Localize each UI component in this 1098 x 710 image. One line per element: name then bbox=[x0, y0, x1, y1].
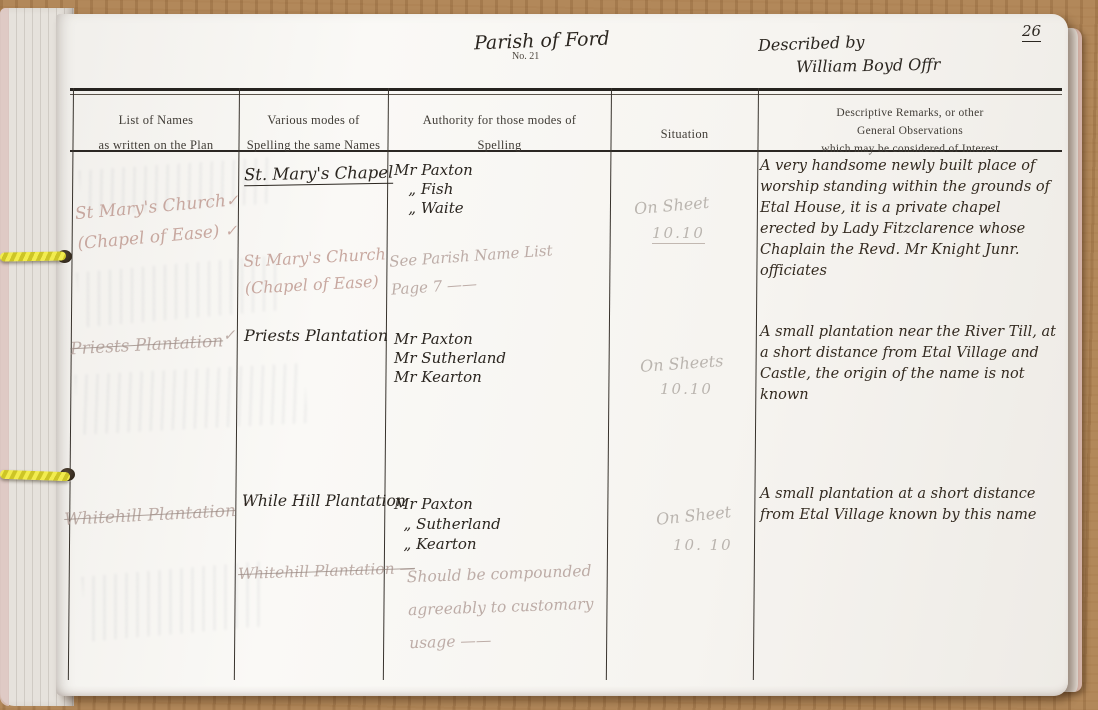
situation-label: On Sheet bbox=[655, 502, 732, 529]
spelling-ink-entry: While Hill Plantation bbox=[242, 492, 406, 510]
column-header-names: List of Names as written on the Plan bbox=[73, 108, 239, 158]
spelling-pencil-entry: St Mary's Church (Chapel of Ease) bbox=[243, 240, 388, 301]
authority-entry: Mr Paxton „ Fish „ Waite bbox=[394, 161, 473, 218]
situation-label: On Sheets bbox=[639, 351, 723, 376]
remarks-text: A small plantation at a short distance f… bbox=[760, 484, 1060, 526]
parish-title: Parish of Ford bbox=[474, 28, 610, 55]
authority-entry: Mr Paxton Mr Sutherland Mr Kearton bbox=[394, 330, 506, 387]
plan-name-entry: Whitehill Plantation ✓ bbox=[63, 493, 254, 530]
described-by-label: Described by bbox=[758, 32, 865, 55]
page-sheet: 26 Parish of Ford No. 21 Described by Wi… bbox=[56, 14, 1068, 696]
column-header-remarks: Descriptive Remarks, or other General Ob… bbox=[758, 104, 1062, 158]
spelling-ink-entry: St. Mary's Chapel bbox=[244, 163, 394, 187]
remarks-text: A small plantation near the River Till, … bbox=[760, 322, 1060, 406]
column-divider-4 bbox=[753, 88, 759, 680]
sheet-number: No. 21 bbox=[512, 51, 539, 62]
column-header-spelling: Various modes of Spelling the same Names bbox=[239, 108, 388, 158]
plan-name-line1: Whitehill Plantation bbox=[64, 501, 237, 530]
plan-name-line2: (Chapel of Ease) bbox=[77, 222, 221, 254]
check-mark: ✓ bbox=[225, 191, 239, 210]
plan-name-entry: St Mary's Church✓ (Chapel of Ease) ✓ bbox=[74, 185, 243, 259]
page-number: 26 bbox=[1022, 22, 1041, 42]
cover-edge bbox=[0, 8, 9, 706]
plan-name-entry: Priests Plantation✓ bbox=[69, 326, 236, 360]
spelling-ink-entry: Priests Plantation bbox=[244, 326, 388, 345]
table-top-rule-thin bbox=[70, 94, 1062, 95]
authority-entry: Mr Paxton „ Sutherland „ Kearton bbox=[394, 494, 501, 554]
spelling-pencil-entry: Whitehill Plantation — bbox=[238, 559, 416, 583]
authority-pencil-note: See Parish Name List Page 7 —— bbox=[388, 236, 555, 303]
situation-sheet-number: 10. 10 bbox=[673, 536, 733, 554]
table-top-rule bbox=[70, 88, 1062, 91]
describer-name: William Boyd Offr bbox=[796, 55, 941, 77]
column-header-authority: Authority for those modes of Spelling bbox=[388, 108, 611, 158]
situation-label: On Sheet bbox=[633, 193, 710, 218]
table-left-border bbox=[68, 88, 74, 680]
check-mark: ✓ bbox=[222, 326, 236, 345]
situation-sheet-number: 10.10 bbox=[652, 224, 705, 244]
bleed-through bbox=[75, 363, 308, 435]
authority-pencil-note: Should be compounded agreeably to custom… bbox=[406, 555, 595, 660]
binding-cord bbox=[0, 251, 66, 261]
plan-name-line1: Priests Plantation bbox=[70, 331, 224, 359]
situation-sheet-number: 10.10 bbox=[660, 380, 713, 398]
remarks-text: A very handsome newly built place of wor… bbox=[760, 156, 1060, 282]
check-mark: ✓ bbox=[224, 221, 238, 240]
column-divider-3 bbox=[606, 88, 612, 680]
column-header-situation: Situation bbox=[611, 122, 758, 147]
